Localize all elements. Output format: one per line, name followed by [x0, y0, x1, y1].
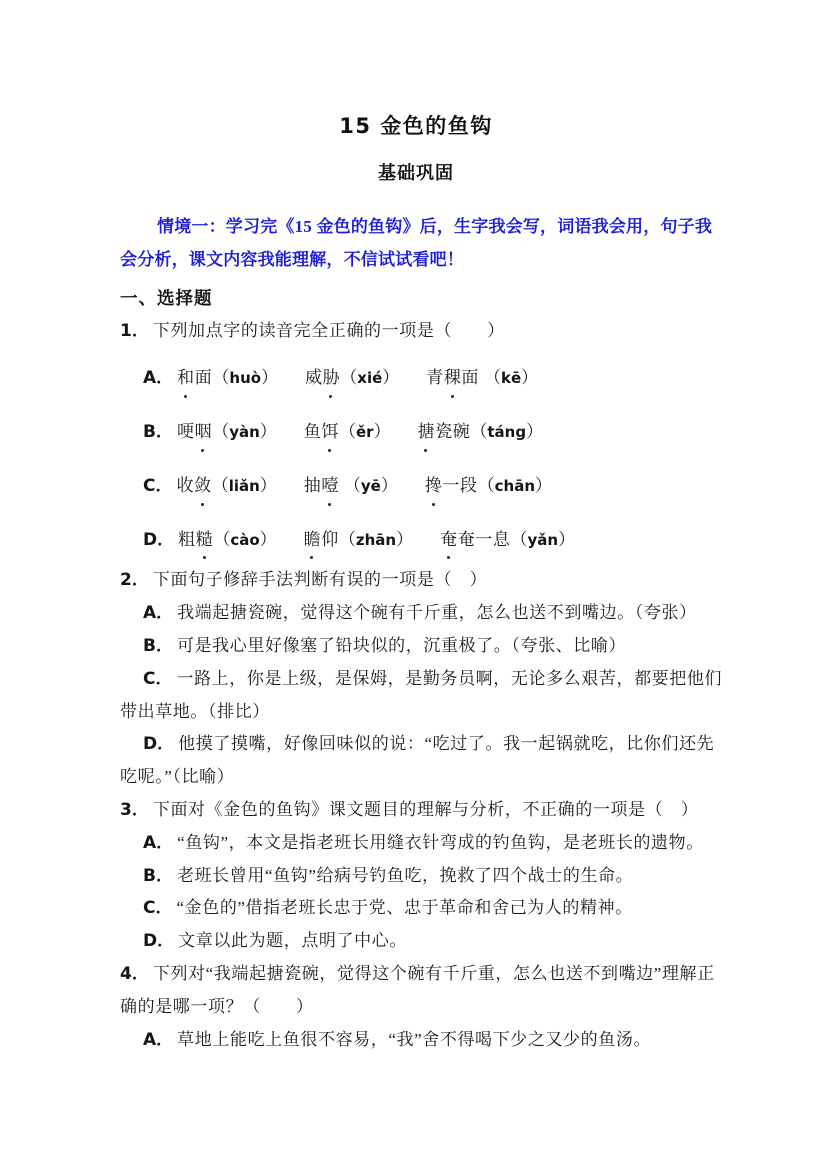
option-label: D．	[143, 530, 174, 550]
question-2: 2．下面句子修辞手法判断有误的一项是（ ） A．我端起搪瓷碗，觉得这个碗有千斤重…	[120, 564, 712, 794]
dotted-char: 胁	[323, 362, 341, 395]
option-text: 他摸了摸嘴，好像回味似的说：“吃过了。我一起锅就吃，比你们还先	[178, 734, 714, 753]
word: 鱼	[304, 422, 322, 441]
paren-open: （	[478, 476, 495, 495]
option-label: C．	[143, 669, 172, 689]
option-label: B．	[143, 866, 173, 886]
question-number: 4．	[120, 964, 149, 984]
word-item: 收敛（liǎn）	[176, 476, 276, 495]
option-row-3d: D．文章以此为题，点明了中心。	[120, 925, 712, 958]
option-text: 我端起搪瓷碗，觉得这个碗有千斤重，怎么也送不到嘴边。（夸张）	[177, 603, 697, 622]
option-text: 文章以此为题，点明了中心。	[178, 931, 407, 950]
pinyin: cào	[230, 531, 259, 549]
word: 哽	[177, 422, 195, 441]
intro-line-2: 会分析，课文内容我能理解，不信试试看吧！	[120, 244, 712, 277]
option-text-wrap: 带出草地。（排比）	[120, 696, 712, 729]
dotted-char: 搪	[418, 416, 436, 449]
paren-close: ）	[521, 368, 538, 387]
question-3: 3．下面对《金色的鱼钩》课文题目的理解与分析，不正确的一项是（ ） A．“鱼钩”…	[120, 794, 712, 958]
question-1: 1．下列加点字的读音完全正确的一项是（ ） A．和面（huò）威胁（xié）青稞…	[120, 315, 712, 556]
dotted-char: 咽	[195, 416, 213, 449]
dotted-char: 噎	[321, 470, 339, 503]
paren-open: （	[511, 530, 528, 549]
word-item: 奄奄一息（yǎn）	[440, 530, 575, 549]
paren-close: ）	[374, 422, 391, 441]
dotted-char: 和	[177, 362, 195, 395]
word-item: 抽噎 （yē）	[304, 476, 398, 495]
paren-close: ）	[260, 530, 277, 549]
option-row-1b: B．哽咽（yàn）鱼饵（ěr）搪瓷碗（táng）	[120, 416, 712, 449]
paren-open: （	[212, 368, 229, 387]
dotted-char: 稞	[444, 362, 462, 395]
question-4: 4．下列对“我端起搪瓷碗，觉得这个碗有千斤重，怎么也送不到嘴边”理解正 确的是哪…	[120, 958, 712, 1056]
question-number: 3．	[120, 800, 149, 820]
paren-open: （	[484, 368, 501, 387]
paren-open: （	[339, 422, 356, 441]
option-text: 草地上能吃上鱼很不容易，“我”舍不得喝下少之又少的鱼汤。	[177, 1030, 651, 1049]
word-item: 鱼饵（ěr）	[304, 422, 391, 441]
paren-close: ）	[526, 422, 543, 441]
paren-close: ）	[260, 476, 277, 495]
word: 青	[426, 368, 444, 387]
paren-close: ）	[381, 476, 398, 495]
question-1-stem: 1．下列加点字的读音完全正确的一项是（ ）	[120, 315, 712, 348]
option-label: D．	[143, 734, 174, 754]
dotted-char: 饵	[321, 416, 339, 449]
word-item: 搀一段（chān）	[425, 476, 552, 495]
word: 仰	[321, 530, 339, 549]
paren-close: ）	[396, 530, 413, 549]
option-row-2c: C．一路上，你是上级，是保姆，是勤务员啊，无论多么艰苦，都要把他们 带出草地。（…	[120, 663, 712, 729]
option-row-3c: C．“金色的”借指老班长忠于党、忠于革命和舍己为人的精神。	[120, 892, 712, 925]
intro-line-1: 情境一：学习完《15 金色的鱼钩》后，生字我会写，词语我会用，句子我	[120, 211, 712, 244]
word-item: 和面（huò）	[177, 368, 278, 387]
word: 抽	[304, 476, 322, 495]
stem-text: 下面对《金色的鱼钩》课文题目的理解与分析，不正确的一项是（ ）	[153, 800, 699, 819]
option-row-2d: D．他摸了摸嘴，好像回味似的说：“吃过了。我一起锅就吃，比你们还先 吃呢。”（比…	[120, 728, 712, 794]
option-text: 老班长曾用“鱼钩”给病号钓鱼吃，挽救了四个战士的生命。	[177, 866, 633, 885]
option-row-3b: B．老班长曾用“鱼钩”给病号钓鱼吃，挽救了四个战士的生命。	[120, 860, 712, 893]
paren-open: （	[212, 422, 229, 441]
pinyin: liǎn	[229, 477, 260, 495]
word: 面	[462, 368, 480, 387]
stem-text: 下列加点字的读音完全正确的一项是（ ）	[153, 321, 505, 340]
pinyin: chān	[495, 477, 535, 495]
paren-close: ）	[260, 422, 277, 441]
option-text: 一路上，你是上级，是保姆，是勤务员啊，无论多么艰苦，都要把他们	[176, 669, 722, 688]
pinyin: yǎn	[528, 531, 559, 549]
option-label: C．	[143, 898, 172, 918]
pinyin: táng	[487, 423, 526, 441]
option-row-2b: B．可是我心里好像塞了铅块似的，沉重极了。（夸张、比喻）	[120, 630, 712, 663]
paren-open: （	[212, 476, 229, 495]
dotted-char: 搀	[425, 470, 443, 503]
paren-open: （	[213, 530, 230, 549]
option-text: 可是我心里好像塞了铅块似的，沉重极了。（夸张、比喻）	[177, 636, 626, 655]
option-row-1a: A．和面（huò）威胁（xié）青稞面 （kē）	[120, 362, 712, 395]
option-row-1d: D．粗糙（cào）瞻仰（zhān）奄奄一息（yǎn）	[120, 524, 712, 557]
question-number: 2．	[120, 570, 149, 590]
paren-close: ）	[558, 530, 575, 549]
option-text: “金色的”借指老班长忠于党、忠于革命和舍己为人的精神。	[176, 898, 632, 917]
option-label: B．	[143, 422, 173, 442]
intro-paragraph: 情境一：学习完《15 金色的鱼钩》后，生字我会写，词语我会用，句子我 会分析，课…	[120, 211, 712, 277]
stem-text: 下列对“我端起搪瓷碗，觉得这个碗有千斤重，怎么也送不到嘴边”理解正	[153, 964, 715, 983]
section-heading: 一、选择题	[120, 283, 712, 316]
pinyin: huò	[229, 369, 261, 387]
dotted-char: 奄	[440, 524, 458, 557]
word: 粗	[178, 530, 196, 549]
question-2-stem: 2．下面句子修辞手法判断有误的一项是（ ）	[120, 564, 712, 597]
word: 瓷碗	[435, 422, 470, 441]
option-label: A．	[143, 1030, 173, 1050]
option-row-1c: C．收敛（liǎn）抽噎 （yē）搀一段（chān）	[120, 470, 712, 503]
option-label: D．	[143, 931, 174, 951]
dotted-char: 糙	[196, 524, 214, 557]
word: 威	[305, 368, 323, 387]
word-item: 威胁（xié）	[305, 368, 399, 387]
word: 一段	[442, 476, 477, 495]
word-item: 哽咽（yàn）	[177, 422, 277, 441]
word-item: 瞻仰（zhān）	[304, 530, 413, 549]
option-text: “鱼钩”，本文是指老班长用缝衣针弯成的钓鱼钩，是老班长的遗物。	[177, 833, 704, 852]
pinyin: zhān	[356, 531, 396, 549]
word-item: 粗糙（cào）	[178, 530, 277, 549]
paren-open: （	[470, 422, 487, 441]
option-label: A．	[143, 368, 173, 388]
pinyin: kē	[501, 369, 521, 387]
worksheet-page: 15 金色的鱼钩 基础巩固 情境一：学习完《15 金色的鱼钩》后，生字我会写，词…	[0, 0, 826, 1169]
question-number: 1．	[120, 321, 149, 341]
pinyin: xié	[357, 369, 382, 387]
paren-open: （	[344, 476, 361, 495]
option-row-3a: A．“鱼钩”，本文是指老班长用缝衣针弯成的钓鱼钩，是老班长的遗物。	[120, 827, 712, 860]
question-4-stem-wrap: 确的是哪一项？（ ）	[120, 991, 712, 1024]
paren-close: ）	[535, 476, 552, 495]
option-label: A．	[143, 603, 173, 623]
dotted-char: 瞻	[304, 524, 322, 557]
option-label: A．	[143, 833, 173, 853]
word-item: 搪瓷碗（táng）	[418, 422, 544, 441]
option-label: B．	[143, 636, 173, 656]
question-4-stem: 4．下列对“我端起搪瓷碗，觉得这个碗有千斤重，怎么也送不到嘴边”理解正	[120, 958, 712, 991]
option-row-4a: A．草地上能吃上鱼很不容易，“我”舍不得喝下少之又少的鱼汤。	[120, 1024, 712, 1057]
stem-text: 下面句子修辞手法判断有误的一项是（ ）	[153, 570, 487, 589]
pinyin: yàn	[229, 423, 260, 441]
option-text-wrap: 吃呢。”（比喻）	[120, 761, 712, 794]
paren-open: （	[339, 530, 356, 549]
paren-close: ）	[261, 368, 278, 387]
paren-open: （	[340, 368, 357, 387]
paren-close: ）	[382, 368, 399, 387]
pinyin: yē	[361, 477, 381, 495]
word: 面	[195, 368, 213, 387]
pinyin: ěr	[356, 423, 374, 441]
word: 收	[176, 476, 194, 495]
section-subtitle: 基础巩固	[120, 157, 712, 190]
word-item: 青稞面 （kē）	[426, 368, 538, 387]
word: 奄一息	[458, 530, 511, 549]
dotted-char: 敛	[194, 470, 212, 503]
question-3-stem: 3．下面对《金色的鱼钩》课文题目的理解与分析，不正确的一项是（ ）	[120, 794, 712, 827]
option-label: C．	[143, 476, 172, 496]
option-row-2a: A．我端起搪瓷碗，觉得这个碗有千斤重，怎么也送不到嘴边。（夸张）	[120, 597, 712, 630]
document-body: 15 金色的鱼钩 基础巩固 情境一：学习完《15 金色的鱼钩》后，生字我会写，词…	[120, 106, 712, 1056]
page-title: 15 金色的鱼钩	[120, 106, 712, 146]
